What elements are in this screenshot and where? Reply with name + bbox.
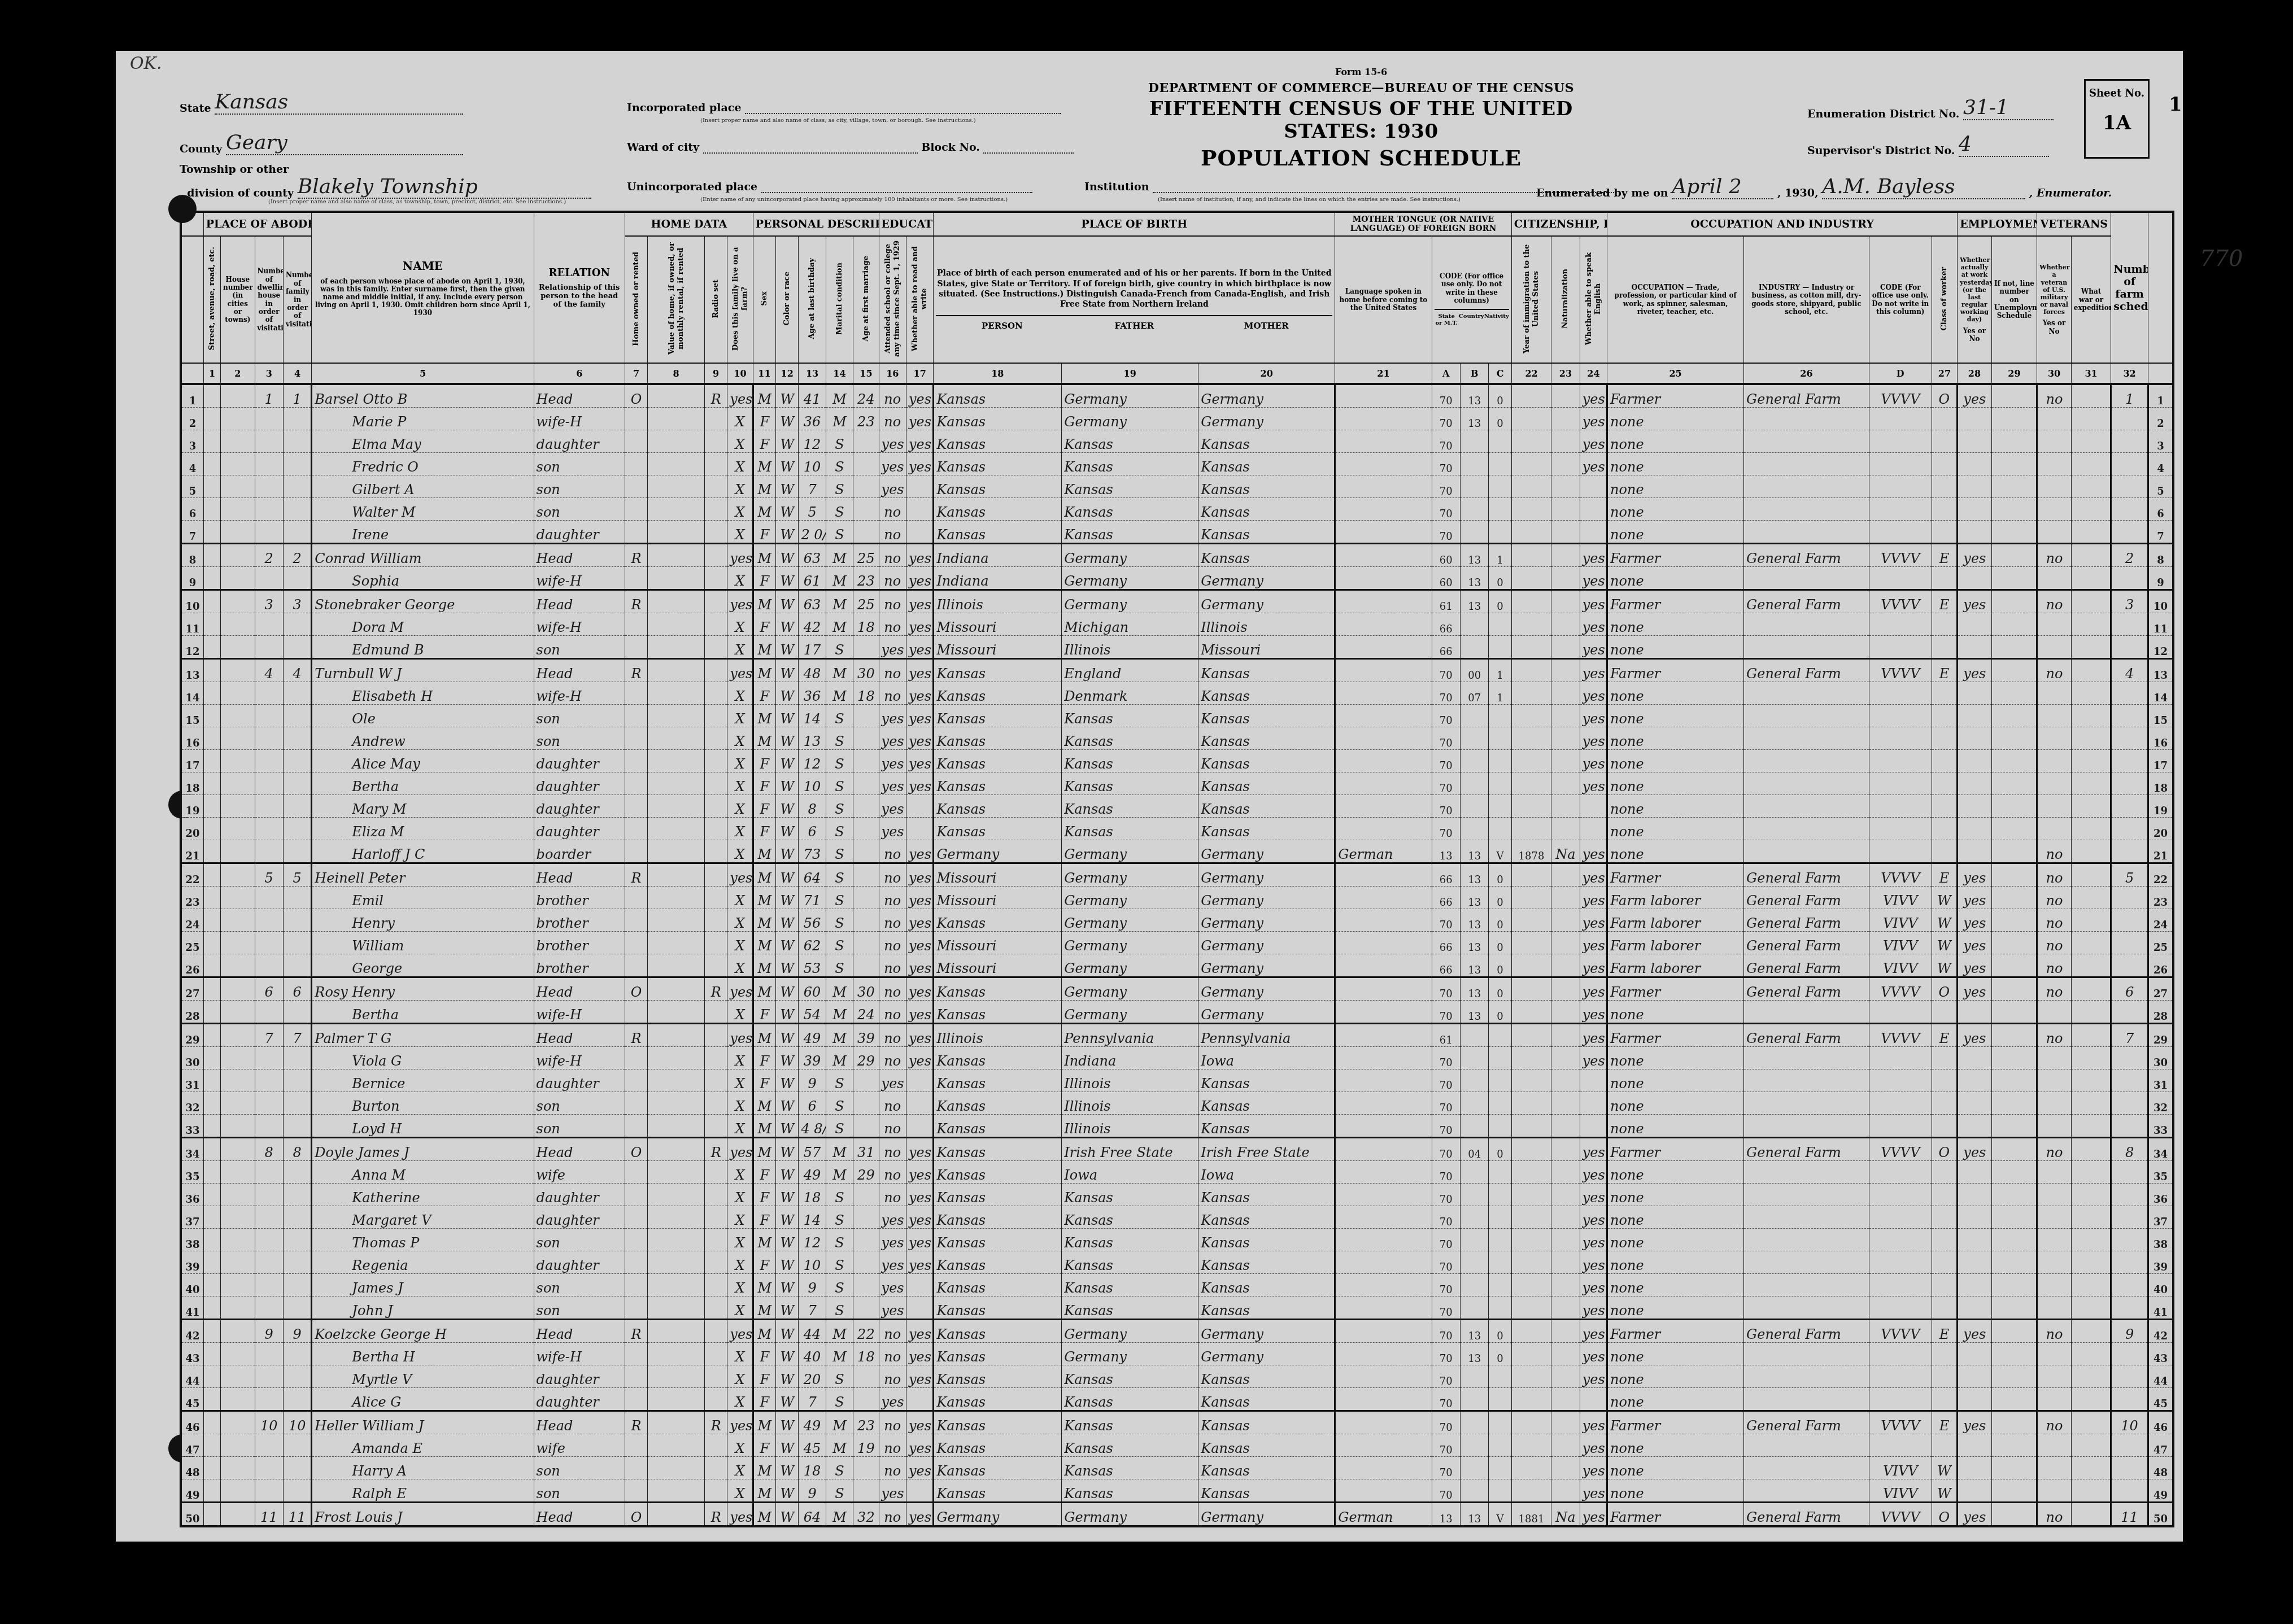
veteran: no <box>2037 544 2071 567</box>
birthplace-father: Germany <box>1062 384 1198 408</box>
birthplace-mother: Kansas <box>1198 1115 1335 1138</box>
column-number: 18 <box>934 363 1062 384</box>
birthplace-person: Kansas <box>934 818 1062 840</box>
read-write <box>906 498 933 521</box>
relation: daughter <box>534 772 625 795</box>
birthplace-person: Kansas <box>934 1069 1062 1092</box>
immigration-year <box>1511 727 1551 750</box>
attended-school: no <box>879 1434 906 1457</box>
mother-tongue: German <box>1335 1503 1432 1527</box>
line-number-right: 7 <box>2148 521 2173 544</box>
mother-tongue <box>1335 475 1432 498</box>
radio-set <box>705 521 727 544</box>
race: W <box>776 954 799 977</box>
veteran <box>2037 1161 2071 1184</box>
race: W <box>776 408 799 430</box>
industry: General Farm <box>1744 1411 1869 1434</box>
race: W <box>776 384 799 408</box>
column-number: 20 <box>1198 363 1335 384</box>
immigration-year <box>1511 1069 1551 1092</box>
birthplace-father: Germany <box>1062 1001 1198 1024</box>
farm-schedule <box>2111 818 2148 840</box>
person-name: Eliza M <box>312 818 534 840</box>
col-code-d: CODE (For office use only. Do not write … <box>1869 236 1932 363</box>
line-number: 16 <box>181 727 203 750</box>
class-of-worker <box>1932 682 1957 705</box>
code-state: 70 <box>1432 1047 1460 1069</box>
unemployment-line <box>1991 795 2037 818</box>
home-value <box>648 887 705 909</box>
birthplace-father: Kansas <box>1062 1296 1198 1320</box>
farm-schedule <box>2111 1251 2148 1274</box>
relation: brother <box>534 932 625 954</box>
code-nativity: 0 <box>1489 1138 1511 1161</box>
unemployment-line <box>1991 453 2037 475</box>
col-veteran: Whether a veteran of U.S. military or na… <box>2037 236 2071 363</box>
family-number <box>283 1229 311 1251</box>
birthplace-father: Kansas <box>1062 1206 1198 1229</box>
column-number: 12 <box>776 363 799 384</box>
person-name: Turnbull W J <box>312 659 534 682</box>
code-state: 66 <box>1432 887 1460 909</box>
farm-schedule <box>2111 1274 2148 1296</box>
radio-set <box>705 1092 727 1115</box>
industry: General Farm <box>1744 1024 1869 1047</box>
occupation: none <box>1607 1434 1744 1457</box>
occupation-code <box>1869 705 1932 727</box>
veteran: no <box>2037 932 2071 954</box>
birthplace-person: Missouri <box>934 954 1062 977</box>
home-owned <box>625 1343 647 1365</box>
at-work: yes <box>1958 954 1991 977</box>
relation-instructions: Relationship of this person to the head … <box>537 283 622 309</box>
birthplace-mother: Kansas <box>1198 1206 1335 1229</box>
person-name: John J <box>312 1296 534 1320</box>
veteran <box>2037 727 2071 750</box>
age: 13 <box>799 727 826 750</box>
radio-set <box>705 887 727 909</box>
birthplace-mother: Kansas <box>1198 682 1335 705</box>
birthplace-mother: Germany <box>1198 567 1335 590</box>
sex: M <box>753 1229 775 1251</box>
code-nativity <box>1489 1411 1511 1434</box>
dwelling-number <box>255 1388 283 1411</box>
occupation-code: VIVV <box>1869 909 1932 932</box>
code-state: 70 <box>1432 1092 1460 1115</box>
industry: General Farm <box>1744 863 1869 887</box>
table-row: 28Berthawife-HXFW54M24noyesKansasGermany… <box>181 1001 2173 1024</box>
speaks-english: yes <box>1580 613 1607 636</box>
unemployment-line <box>1991 750 2037 772</box>
speaks-english: yes <box>1580 932 1607 954</box>
class-of-worker <box>1932 840 1957 863</box>
code-country <box>1461 1024 1489 1047</box>
occupation: Farmer <box>1607 1503 1744 1527</box>
race: W <box>776 498 799 521</box>
col-english-label: Whether able to speak English <box>1585 237 1602 361</box>
race: W <box>776 1320 799 1343</box>
person-name: Burton <box>312 1092 534 1115</box>
birthplace-person: Kansas <box>934 498 1062 521</box>
code-state: 70 <box>1432 1251 1460 1274</box>
class-of-worker <box>1932 521 1957 544</box>
relation: brother <box>534 887 625 909</box>
col-home-owned-label: Home owned or rented <box>632 252 641 346</box>
table-row: 14Elisabeth Hwife-HXFW36M18noyesKansasDe… <box>181 682 2173 705</box>
race: W <box>776 430 799 453</box>
industry <box>1744 772 1869 795</box>
birthplace-mother: Kansas <box>1198 750 1335 772</box>
marital-status: M <box>826 1138 853 1161</box>
birthplace-person: Kansas <box>934 475 1062 498</box>
relation: son <box>534 1457 625 1479</box>
occupation: Farm laborer <box>1607 887 1744 909</box>
dwelling-number <box>255 498 283 521</box>
line-number-right: 35 <box>2148 1161 2173 1184</box>
col-read-write-label: Whether able to read and write <box>911 237 928 361</box>
naturalization <box>1551 1184 1580 1206</box>
person-name: Thomas P <box>312 1229 534 1251</box>
col-home-value: Value of home, if owned, or monthly rent… <box>648 236 705 363</box>
code-nativity <box>1489 1251 1511 1274</box>
naturalization <box>1551 430 1580 453</box>
veteran: no <box>2037 840 2071 863</box>
person-name: Harloff J C <box>312 840 534 863</box>
table-row: 33Loyd HsonXMW4 8/12SnoKansasIllinoisKan… <box>181 1115 2173 1138</box>
home-owned <box>625 1296 647 1320</box>
sex: F <box>753 818 775 840</box>
farm-schedule: 3 <box>2111 590 2148 613</box>
industry <box>1744 1161 1869 1184</box>
immigration-year <box>1511 1274 1551 1296</box>
family-number <box>283 795 311 818</box>
sex: M <box>753 498 775 521</box>
speaks-english: yes <box>1580 1206 1607 1229</box>
relation: daughter <box>534 795 625 818</box>
dwelling-number: 6 <box>255 977 283 1001</box>
home-value <box>648 1047 705 1069</box>
farm-schedule: 5 <box>2111 863 2148 887</box>
line-number: 26 <box>181 954 203 977</box>
radio-set <box>705 1320 727 1343</box>
naturalization <box>1551 613 1580 636</box>
age: 62 <box>799 932 826 954</box>
dwelling-number <box>255 453 283 475</box>
sex: F <box>753 1047 775 1069</box>
home-owned <box>625 521 647 544</box>
line-number: 18 <box>181 772 203 795</box>
attended-school: no <box>879 932 906 954</box>
table-row: 20Eliza MdaughterXFW6SyesKansasKansasKan… <box>181 818 2173 840</box>
industry <box>1744 1115 1869 1138</box>
code-state: 13 <box>1432 840 1460 863</box>
house-number <box>221 1138 255 1161</box>
relation: Head <box>534 1320 625 1343</box>
family-number <box>283 818 311 840</box>
relation: son <box>534 1296 625 1320</box>
home-value <box>648 1479 705 1503</box>
family-number: 7 <box>283 1024 311 1047</box>
code-nativity <box>1489 636 1511 659</box>
occupation-code <box>1869 1047 1932 1069</box>
code-nativity: 0 <box>1489 590 1511 613</box>
speaks-english: yes <box>1580 544 1607 567</box>
code-nativity: 0 <box>1489 977 1511 1001</box>
attended-school: no <box>879 590 906 613</box>
farm-schedule <box>2111 1365 2148 1388</box>
at-work <box>1958 705 1991 727</box>
industry <box>1744 840 1869 863</box>
sex: M <box>753 887 775 909</box>
class-of-worker <box>1932 1296 1957 1320</box>
house-number <box>221 977 255 1001</box>
street <box>203 1320 220 1343</box>
line-number: 50 <box>181 1503 203 1527</box>
occupation-code: VVVV <box>1869 1411 1932 1434</box>
street <box>203 750 220 772</box>
relation: Head <box>534 863 625 887</box>
age: 20 <box>799 1365 826 1388</box>
birthplace-father: Kansas <box>1062 1184 1198 1206</box>
family-number <box>283 727 311 750</box>
speaks-english: yes <box>1580 659 1607 682</box>
line-number-right: 43 <box>2148 1343 2173 1365</box>
at-work <box>1958 1274 1991 1296</box>
dwelling-number <box>255 818 283 840</box>
naturalization <box>1551 1115 1580 1138</box>
line-number: 3 <box>181 430 203 453</box>
abbr-col12-other: Filipino ..... Fil Hindu ....... Hin Kor… <box>795 1544 868 1606</box>
family-number <box>283 840 311 863</box>
relation: daughter <box>534 750 625 772</box>
birthplace-person: Kansas <box>934 1479 1062 1503</box>
home-value <box>648 1296 705 1320</box>
immigration-year: 1881 <box>1511 1503 1551 1527</box>
read-write: yes <box>906 727 933 750</box>
group-education: EDUCATION <box>879 212 934 236</box>
table-row: 4299Koelzcke George HHeadRyesMW44M22noye… <box>181 1320 2173 1343</box>
col-code-c: Nativity <box>1484 313 1509 327</box>
attended-school: no <box>879 1184 906 1206</box>
radio-set <box>705 659 727 682</box>
street <box>203 1069 220 1092</box>
family-number <box>283 1388 311 1411</box>
occupation-code <box>1869 1388 1932 1411</box>
code-nativity <box>1489 1457 1511 1479</box>
industry <box>1744 1343 1869 1365</box>
birthplace-father: Illinois <box>1062 636 1198 659</box>
read-write <box>906 1388 933 1411</box>
farm-schedule: 6 <box>2111 977 2148 1001</box>
industry: General Farm <box>1744 977 1869 1001</box>
home-value <box>648 682 705 705</box>
age: 36 <box>799 408 826 430</box>
ward-field: Ward of city Block No. <box>627 141 1074 154</box>
birthplace-mother: Kansas <box>1198 430 1335 453</box>
race: W <box>776 1479 799 1503</box>
class-of-worker: O <box>1932 1138 1957 1161</box>
code-nativity: 0 <box>1489 1320 1511 1343</box>
home-owned: R <box>625 1411 647 1434</box>
attended-school: no <box>879 954 906 977</box>
unincorporated-field: Unincorporated place <box>627 181 1032 193</box>
industry <box>1744 1434 1869 1457</box>
age: 2 0/12 <box>799 521 826 544</box>
birthplace-person: Kansas <box>934 1184 1062 1206</box>
marital-status: M <box>826 590 853 613</box>
street <box>203 1434 220 1457</box>
family-number: 1 <box>283 384 311 408</box>
immigration-year <box>1511 1161 1551 1184</box>
age-at-marriage <box>853 1206 879 1229</box>
farm-residence: X <box>727 1001 753 1024</box>
line-number-right: 17 <box>2148 750 2173 772</box>
occupation: none <box>1607 1184 1744 1206</box>
table-row: 47Amanda EwifeXFW45M19noyesKansasKansasK… <box>181 1434 2173 1457</box>
radio-set <box>705 1457 727 1479</box>
farm-residence: X <box>727 1069 753 1092</box>
radio-set: R <box>705 1411 727 1434</box>
home-value <box>648 567 705 590</box>
birthplace-mother: Irish Free State <box>1198 1138 1335 1161</box>
unemployment-line <box>1991 840 2037 863</box>
code-state: 70 <box>1432 727 1460 750</box>
sex: F <box>753 772 775 795</box>
birthplace-father: Germany <box>1062 544 1198 567</box>
code-country <box>1461 750 1489 772</box>
code-nativity <box>1489 705 1511 727</box>
farm-schedule <box>2111 909 2148 932</box>
age-at-marriage: 29 <box>853 1161 879 1184</box>
dwelling-number: 2 <box>255 544 283 567</box>
code-nativity: 0 <box>1489 1343 1511 1365</box>
dwelling-number <box>255 1206 283 1229</box>
sex: F <box>753 1251 775 1274</box>
group-citizenship: CITIZENSHIP, ETC. <box>1511 212 1607 236</box>
person-name: Regenia <box>312 1251 534 1274</box>
family-number <box>283 567 311 590</box>
race: W <box>776 1296 799 1320</box>
speaks-english <box>1580 818 1607 840</box>
marital-status: S <box>826 909 853 932</box>
birthplace-father: Kansas <box>1062 1479 1198 1503</box>
sex: M <box>753 636 775 659</box>
at-work: yes <box>1958 1024 1991 1047</box>
enumeration-district-value: 31-1 <box>1963 96 2009 119</box>
attended-school: no <box>879 544 906 567</box>
age: 4 8/12 <box>799 1115 826 1138</box>
occupation-code <box>1869 1069 1932 1092</box>
at-work <box>1958 1069 1991 1092</box>
immigration-year <box>1511 521 1551 544</box>
at-work <box>1958 1092 1991 1115</box>
unemployment-line <box>1991 1388 2037 1411</box>
family-number: 5 <box>283 863 311 887</box>
farm-schedule: 4 <box>2111 659 2148 682</box>
column-number: A <box>1432 363 1460 384</box>
industry <box>1744 498 1869 521</box>
code-state: 60 <box>1432 544 1460 567</box>
read-write: yes <box>906 887 933 909</box>
code-state: 70 <box>1432 1296 1460 1320</box>
race: W <box>776 1161 799 1184</box>
naturalization <box>1551 1229 1580 1251</box>
farm-schedule <box>2111 1092 2148 1115</box>
read-write: yes <box>906 613 933 636</box>
street <box>203 727 220 750</box>
at-work <box>1958 1001 1991 1024</box>
birthplace-father: Illinois <box>1062 1069 1198 1092</box>
occupation-code: VVVV <box>1869 863 1932 887</box>
birthplace-person: Kansas <box>934 1343 1062 1365</box>
attended-school: no <box>879 1138 906 1161</box>
age: 14 <box>799 1206 826 1229</box>
veteran <box>2037 1206 2071 1229</box>
class-of-worker <box>1932 1047 1957 1069</box>
farm-schedule <box>2111 521 2148 544</box>
war <box>2071 932 2111 954</box>
class-of-worker: E <box>1932 1320 1957 1343</box>
at-work <box>1958 772 1991 795</box>
radio-set <box>705 1115 727 1138</box>
col-at-work-label: Yes or No <box>1960 327 1989 343</box>
home-value <box>648 818 705 840</box>
col-unemployment-line: If not, line number on Unemployment Sche… <box>1991 236 2037 363</box>
farm-schedule: 11 <box>2111 1503 2148 1527</box>
occupation: none <box>1607 1069 1744 1092</box>
birthplace-father: Michigan <box>1062 613 1198 636</box>
home-owned <box>625 1161 647 1184</box>
veteran <box>2037 453 2071 475</box>
family-number: 4 <box>283 659 311 682</box>
marital-status: S <box>826 498 853 521</box>
house-number <box>221 613 255 636</box>
attended-school: no <box>879 1411 906 1434</box>
group-occupation: OCCUPATION AND INDUSTRY <box>1607 212 1958 236</box>
relation: son <box>534 475 625 498</box>
street <box>203 590 220 613</box>
class-of-worker <box>1932 1365 1957 1388</box>
person-name: Loyd H <box>312 1115 534 1138</box>
line-number-right: 1 <box>2148 384 2173 408</box>
sex: F <box>753 1206 775 1229</box>
person-name: Koelzcke George H <box>312 1320 534 1343</box>
house-number <box>221 1206 255 1229</box>
house-number <box>221 1388 255 1411</box>
unincorporated-note: (Enter name of any unincorporated place … <box>700 197 1008 203</box>
class-of-worker <box>1932 636 1957 659</box>
house-number <box>221 909 255 932</box>
house-number <box>221 1251 255 1274</box>
person-name: Margaret V <box>312 1206 534 1229</box>
township-label-2: division of county <box>187 187 294 199</box>
street <box>203 613 220 636</box>
street <box>203 1229 220 1251</box>
radio-set <box>705 750 727 772</box>
township-field: Township or other division of county Bla… <box>180 164 591 199</box>
naturalization <box>1551 863 1580 887</box>
war <box>2071 682 2111 705</box>
dwelling-number <box>255 1161 283 1184</box>
read-write: yes <box>906 840 933 863</box>
age: 5 <box>799 498 826 521</box>
attended-school: yes <box>879 772 906 795</box>
read-write <box>906 475 933 498</box>
farm-schedule <box>2111 1388 2148 1411</box>
home-owned <box>625 613 647 636</box>
spacer <box>181 236 203 363</box>
birthplace-father: Kansas <box>1062 818 1198 840</box>
